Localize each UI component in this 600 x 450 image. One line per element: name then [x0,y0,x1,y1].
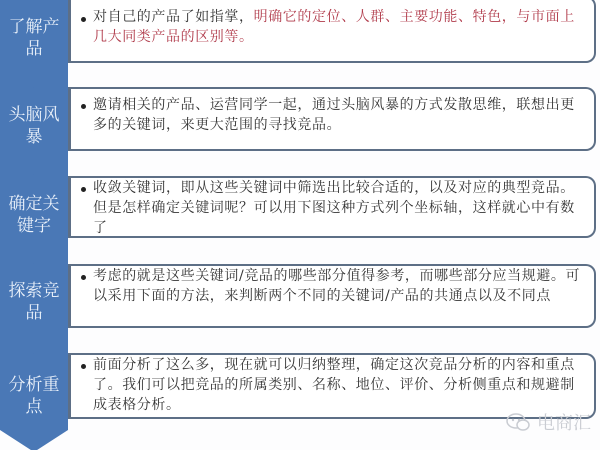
bullet-icon [81,364,86,369]
step-description: 收敛关键词，即从这些关键词中筛选出比较合适的，以及对应的典型竞品。但是怎样确定关… [93,178,584,238]
step-label: 了解产 品 [0,16,68,60]
step-box-1: 对自己的产品了如指掌，明确它的定位、人群、主要功能、特色，与市面上几大同类产品的… [68,0,596,63]
step-label: 头脑风 暴 [0,104,68,148]
bullet-icon [81,275,86,280]
bullet-icon [81,104,86,109]
step-box-3: 收敛关键词，即从这些关键词中筛选出比较合适的，以及对应的典型竞品。但是怎样确定关… [68,176,596,238]
watermark: 电商汇 [505,405,591,439]
chevron-step-5: 分析重 点 [0,332,68,450]
step-box-2: 邀请相关的产品、运营同学一起，通过头脑风暴的方式发散思维，联想出更多的关键词，来… [68,87,596,151]
bullet-icon [81,187,86,192]
watermark-text: 电商汇 [537,409,591,435]
step-label: 确定关 键字 [0,193,68,237]
wechat-icon [505,411,531,433]
bullet-icon [81,17,86,22]
step-label: 分析重 点 [0,374,68,418]
step-box-4: 考虑的就是这些关键词/竞品的哪些部分值得参考，而哪些部分应当规避。可以采用下面的… [68,264,596,328]
step-description: 对自己的产品了如指掌，明确它的定位、人群、主要功能、特色，与市面上几大同类产品的… [93,7,584,47]
step-description: 邀请相关的产品、运营同学一起，通过头脑风暴的方式发散思维，联想出更多的关键词，来… [93,95,584,135]
step-description: 考虑的就是这些关键词/竞品的哪些部分值得参考，而哪些部分应当规避。可以采用下面的… [93,266,584,306]
step-label: 探索竞 品 [0,280,68,324]
